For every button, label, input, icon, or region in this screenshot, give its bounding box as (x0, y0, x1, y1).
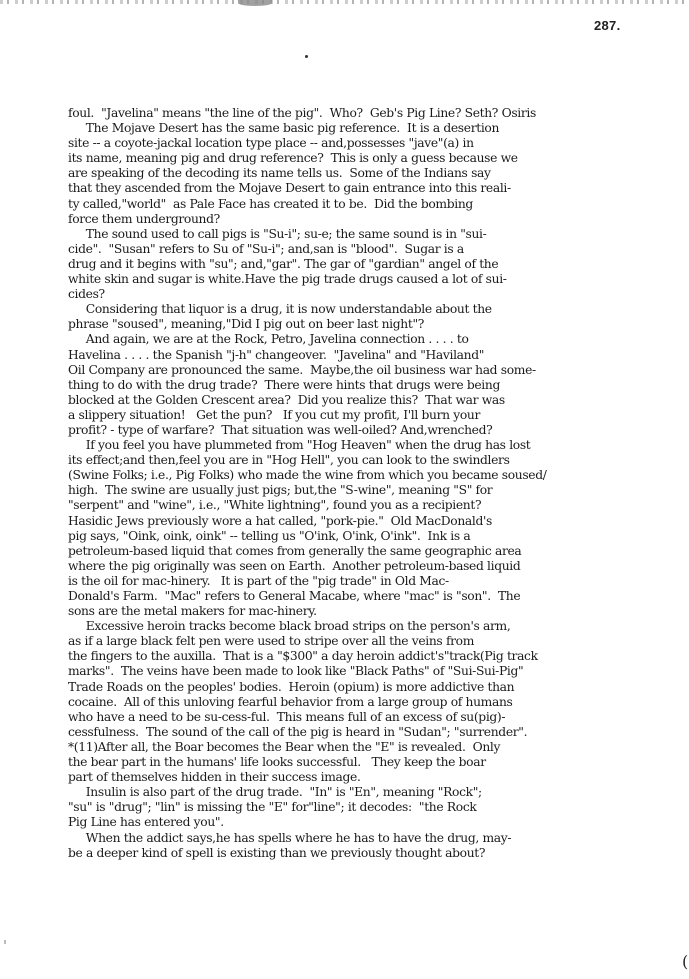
text-line: If you feel you have plummeted from "Hog… (68, 438, 689, 453)
text-line: as if a large black felt pen were used t… (68, 634, 689, 649)
text-line: Excessive heroin tracks become black bro… (68, 619, 689, 634)
text-line: Havelina . . . . the Spanish "j-h" chang… (68, 348, 689, 363)
page-number: 287. (594, 18, 621, 33)
text-line: *(11)After all, the Boar becomes the Bea… (68, 740, 689, 755)
text-line: cessfulness. The sound of the call of th… (68, 725, 689, 740)
text-line: marks". The veins have been made to look… (68, 664, 689, 679)
text-line: Considering that liquor is a drug, it is… (68, 302, 689, 317)
stray-mark (305, 55, 308, 58)
text-line: (Swine Folks; i.e., Pig Folks) who made … (68, 468, 689, 483)
text-line: drug and it begins with "su"; and,"gar".… (68, 257, 689, 272)
text-line: cide". "Susan" refers to Su of "Su-i"; a… (68, 242, 689, 257)
scan-artifact-top-edge (0, 0, 689, 4)
text-line: ty called,"world" as Pale Face has creat… (68, 197, 689, 212)
text-line: Trade Roads on the peoples' bodies. Hero… (68, 680, 689, 695)
document-body: foul. "Javelina" means "the line of the … (68, 106, 689, 861)
text-line: blocked at the Golden Crescent area? Did… (68, 393, 689, 408)
margin-paren: ( (682, 952, 688, 971)
text-line: its name, meaning pig and drug reference… (68, 151, 689, 166)
text-line: thing to do with the drug trade? There w… (68, 378, 689, 393)
text-line: a slippery situation! Get the pun? If yo… (68, 408, 689, 423)
text-line: "su" is "drug"; "lin" is missing the "E"… (68, 800, 689, 815)
text-line: Hasidic Jews previously wore a hat calle… (68, 514, 689, 529)
text-line: site -- a coyote-jackal location type pl… (68, 136, 689, 151)
text-line: "serpent" and "wine", i.e., "White light… (68, 498, 689, 513)
text-line: And again, we are at the Rock, Petro, Ja… (68, 332, 689, 347)
text-line: high. The swine are usually just pigs; b… (68, 483, 689, 498)
text-line: phrase "soused", meaning,"Did I pig out … (68, 317, 689, 332)
text-line: foul. "Javelina" means "the line of the … (68, 106, 689, 121)
text-line: profit? - type of warfare? That situatio… (68, 423, 689, 438)
text-line: part of themselves hidden in their succe… (68, 770, 689, 785)
text-line: petroleum-based liquid that comes from g… (68, 544, 689, 559)
scan-artifact-blot (238, 0, 272, 6)
text-line: cocaine. All of this unloving fearful be… (68, 695, 689, 710)
text-line: Pig Line has entered you". (68, 815, 689, 830)
text-line: When the addict says,he has spells where… (68, 831, 689, 846)
text-line: Oil Company are pronounced the same. May… (68, 363, 689, 378)
text-line: the fingers to the auxilla. That is a "$… (68, 649, 689, 664)
margin-mark (4, 940, 6, 944)
text-line: who have a need to be su-cess-ful. This … (68, 710, 689, 725)
text-line: that they ascended from the Mojave Deser… (68, 181, 689, 196)
text-line: Donald's Farm. "Mac" refers to General M… (68, 589, 689, 604)
text-line: force them underground? (68, 212, 689, 227)
text-line: where the pig originally was seen on Ear… (68, 559, 689, 574)
text-line: its effect;and then,feel you are in "Hog… (68, 453, 689, 468)
text-line: sons are the metal makers for mac-hinery… (68, 604, 689, 619)
text-line: be a deeper kind of spell is existing th… (68, 846, 689, 861)
text-line: Insulin is also part of the drug trade. … (68, 785, 689, 800)
text-line: The sound used to call pigs is "Su-i"; s… (68, 227, 689, 242)
text-line: The Mojave Desert has the same basic pig… (68, 121, 689, 136)
text-line: white skin and sugar is white.Have the p… (68, 272, 689, 287)
text-line: the bear part in the humans' life looks … (68, 755, 689, 770)
text-line: is the oil for mac-hinery. It is part of… (68, 574, 689, 589)
text-line: cides? (68, 287, 689, 302)
text-line: are speaking of the decoding its name te… (68, 166, 689, 181)
text-line: pig says, "Oink, oink, oink" -- telling … (68, 529, 689, 544)
